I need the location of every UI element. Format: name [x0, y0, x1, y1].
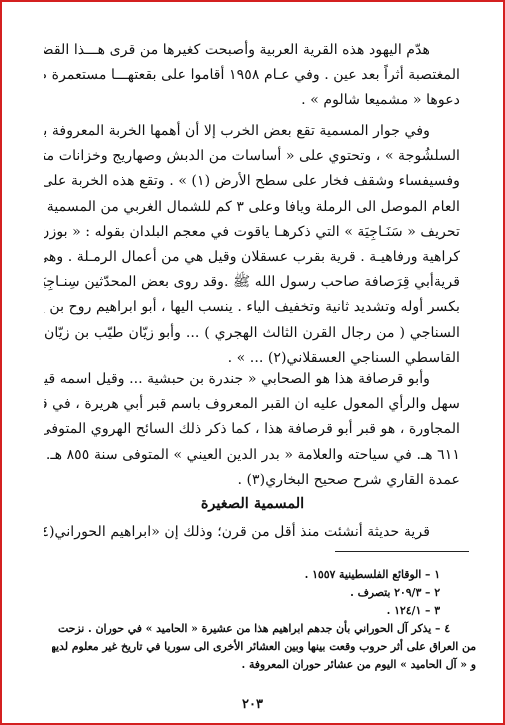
footnote-4-line: من العراق على أثر حروب وقعت بينها وبين ا… — [52, 638, 476, 656]
footnote-separator — [335, 551, 469, 552]
text-line: المجاورة ، هو قبر أبو قرصافة هذا ، كما ذ… — [44, 417, 460, 442]
footnote-2: ٢ – ٢٠٩/٣ بتصرف . — [80, 584, 440, 602]
footnote-1: ١ – الوقائع الفلسطينية ١٥٥٧ . — [80, 566, 440, 584]
text-line: ٦١١ هـ. في سياحته والعلامة « بدر الدين ا… — [44, 443, 460, 468]
footnote-3: ٣ – ١٢٤/١ . — [80, 602, 440, 620]
text-line: سهل والرأي المعول عليه ان القبر المعروف … — [44, 392, 460, 417]
paragraph-3: وأبو قرصافة هذا هو الصحابي « جندرة بن حب… — [44, 367, 460, 493]
text-line: وفسيفساء وشقف فخار على سطح الأرض (١) » .… — [44, 169, 460, 194]
text-line: قرية حديثة أنشئت منذ أقل من قرن؛ وذلك إن… — [44, 520, 460, 545]
section-paragraph: قرية حديثة أنشئت منذ أقل من قرن؛ وذلك إن… — [44, 520, 460, 545]
section-heading: المسمية الصغيرة — [0, 492, 505, 516]
text-line: دعوها « مشميعا شالوم » . — [44, 88, 460, 113]
text-line: العام الموصل الى الرملة ويافا وعلى ٣ كم … — [44, 195, 460, 220]
footnote-4-line: و « آل الحاميد » اليوم من عشائر حوران ال… — [52, 656, 476, 674]
footnote-4-line: ٤ – يذكر آل الحوراني بأن جدهم ابراهيم هذ… — [52, 620, 476, 638]
text-line: السلشُوجة » ، وتحتوي على « أساسات من الد… — [44, 144, 460, 169]
text-line: بكسر أوله وتشديد ثانية وتخفيف الياء . ين… — [44, 295, 460, 320]
paragraph-2: وفي جوار المسمية تقع بعض الخرب إلا أن أه… — [44, 119, 460, 371]
paragraph-1: هدّم اليهود هذه القرية العربية وأصبحت كغ… — [44, 38, 460, 114]
text-line: هدّم اليهود هذه القرية العربية وأصبحت كغ… — [44, 38, 460, 63]
text-line: تحريف « سَنَـاجِيَة » التي ذكرهـا ياقوت … — [44, 220, 460, 245]
text-line: وفي جوار المسمية تقع بعض الخرب إلا أن أه… — [44, 119, 460, 144]
text-line: قريةأبي قِرَصافة صاحب رسول الله ﷺ .وقد ر… — [44, 270, 460, 295]
page-number: ٢٠٣ — [0, 697, 505, 712]
text-line: وأبو قرصافة هذا هو الصحابي « جندرة بن حب… — [44, 367, 460, 392]
text-line: عمدة القاري شرح صحيح البخاري(٣) . — [44, 468, 460, 493]
text-line: المغتصبة أثراً بعد عين . وفي عـام ١٩٥٨ أ… — [44, 63, 460, 88]
footnote-4: ٤ – يذكر آل الحوراني بأن جدهم ابراهيم هذ… — [52, 620, 476, 675]
text-line: السناجي ( من رجال القرن الثالث الهجري ) … — [44, 321, 460, 346]
text-line: كراهية ورفاهيـة . قرية بقرب عسقلان وقيل … — [44, 245, 460, 270]
footnotes: ١ – الوقائع الفلسطينية ١٥٥٧ . ٢ – ٢٠٩/٣ … — [80, 566, 440, 621]
